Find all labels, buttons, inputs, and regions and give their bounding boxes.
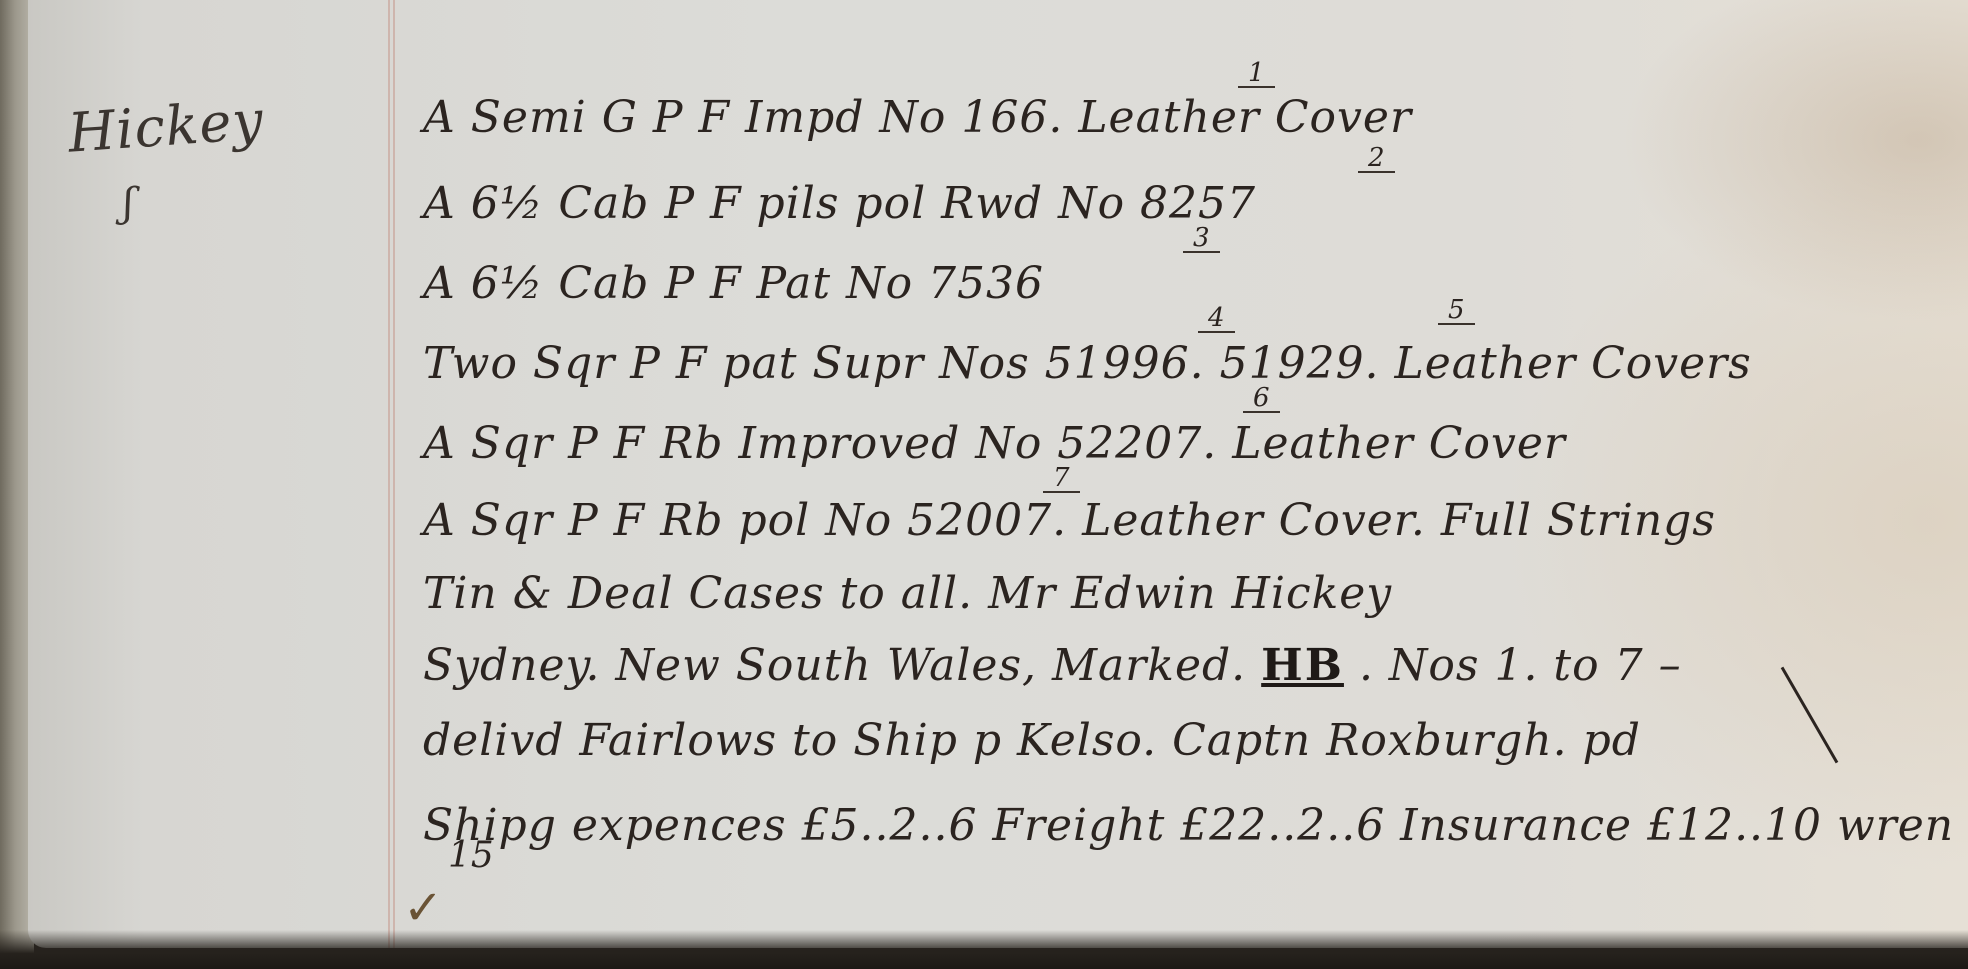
entry-line-3: A 6½ Cab P F Pat No 7536 [423, 258, 1044, 309]
entry-line-8: Sydney. New South Wales, Marked. HB . No… [423, 640, 1682, 691]
entry-line-4: Two Sqr P F pat Supr Nos 51996. 51929. L… [423, 338, 1752, 389]
entry-line-9: delivd Fairlows to Ship p Kelso. Captn R… [423, 715, 1641, 766]
entry-line-10: Shipg expences £5..2..6 Freight £22..2..… [423, 800, 1954, 851]
entry-line-7: Tin & Deal Cases to all. Mr Edwin Hickey [423, 568, 1392, 619]
entry-index: 2 [1358, 145, 1395, 173]
margin-mark: ʃ [123, 180, 135, 226]
entry-index: 4 [1198, 305, 1235, 333]
entry-line-1: A Semi G P F Impd No 166. Leather Cover [423, 92, 1412, 143]
entry-index: 3 [1183, 225, 1220, 253]
shipping-mark: HB [1261, 640, 1344, 691]
entry-index: 6 [1243, 385, 1280, 413]
entry-index: 7 [1043, 465, 1080, 493]
entry-line-5: A Sqr P F Rb Improved No 52207. Leather … [423, 418, 1566, 469]
entry-line-2: A 6½ Cab P F pils pol Rwd No 8257 [423, 178, 1256, 229]
check-mark-icon: ✓ [403, 880, 443, 936]
margin-customer-name: Hickey [66, 88, 266, 165]
entry-line-6: A Sqr P F Rb pol No 52007. Leather Cover… [423, 495, 1716, 546]
page-bottom-shadow [0, 930, 1968, 969]
ledger-photo: Hickey ʃ 1 A Semi G P F Impd No 166. Lea… [0, 0, 1968, 969]
margin-rule-line [393, 0, 395, 948]
ledger-page: Hickey ʃ 1 A Semi G P F Impd No 166. Lea… [28, 0, 1968, 948]
cross-out-stroke [1781, 667, 1839, 764]
entry-text: . Nos 1. to 7 – [1359, 640, 1682, 691]
margin-rule-line [388, 0, 390, 948]
entry-index: 5 [1438, 297, 1475, 325]
entry-text: Sydney. New South Wales, Marked. [423, 640, 1246, 691]
folio-number: 15 [448, 835, 494, 876]
entry-index: 1 [1238, 60, 1275, 88]
